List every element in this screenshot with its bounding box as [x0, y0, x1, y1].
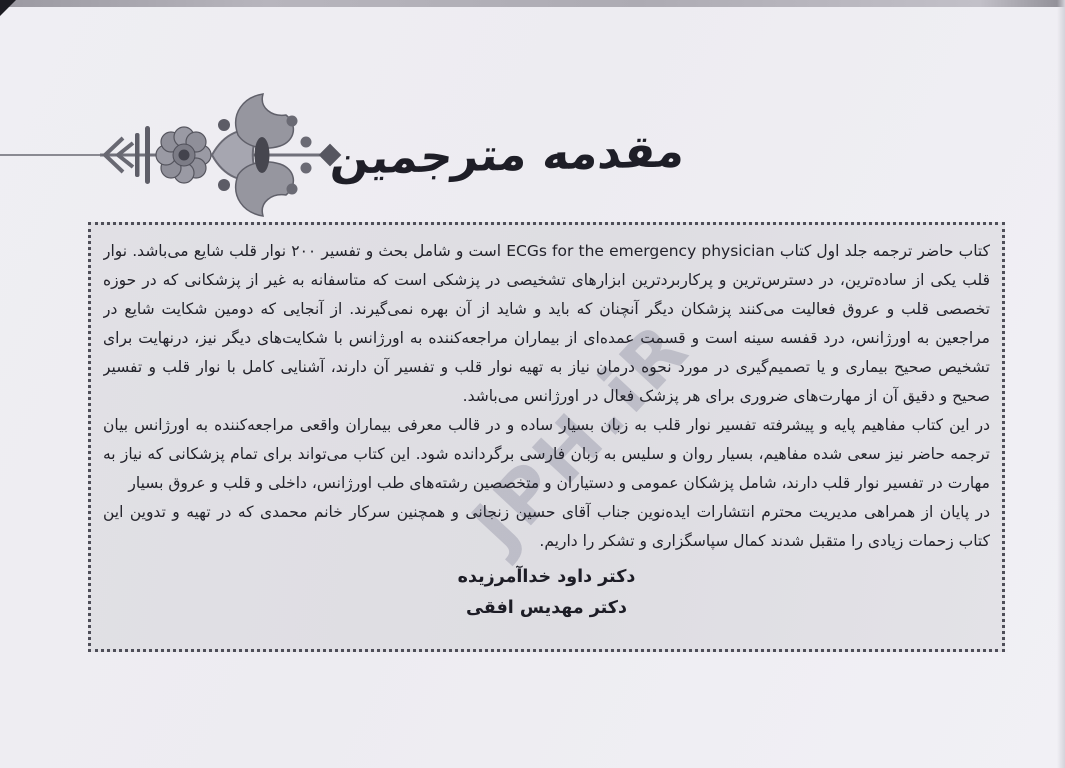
scanned-book-page: مقدمه مترجمین JPH.iR کتاب حاضر ترجمه جلد… [0, 0, 1065, 768]
scan-corner-artifact [0, 0, 16, 16]
preface-line: در این کتاب مفاهیم پایه و پیشرفته تفسیر … [103, 411, 990, 440]
floral-divider-icon [0, 85, 345, 225]
signature-name: دکتر مهدیس افقی [103, 593, 990, 624]
signature-block: دکتر داود خداآمرزیده دکتر مهدیس افقی [103, 562, 990, 624]
preface-line: صحیح و دقیق آن از مهارت‌های ضروری برای ه… [103, 382, 990, 411]
signature-name: دکتر داود خداآمرزیده [103, 562, 990, 593]
preface-line: مهارت در تفسیر نوار قلب دارند، شامل پزشک… [103, 469, 990, 498]
preface-line: قلب یکی از ساده‌ترین، در دسترس‌ترین و پر… [103, 266, 990, 295]
preface-line: مراجعین به اورژانس، درد قفسه سینه است و … [103, 324, 990, 353]
scan-top-edge [0, 0, 1065, 7]
preface-line: تخصصی قلب و عروق فعالیت می‌کنند پزشکان د… [103, 295, 990, 324]
preface-line: کتاب زحمات زیادی را متقبل شدند کمال سپاس… [103, 527, 990, 556]
preface-text: کتاب حاضر ترجمه جلد اول کتاب ECGs for th… [103, 237, 990, 624]
preface-line: ترجمه حاضر نیز سعی شده مفاهیم، بسیار روا… [103, 440, 990, 469]
page-title: مقدمه مترجمین [343, 101, 674, 208]
preface-line: در پایان از همراهی مدیریت محترم انتشارات… [103, 498, 990, 527]
preface-line: تشخیص صحیح بیماری و یا تصمیم‌گیری در مور… [103, 353, 990, 382]
preface-line: کتاب حاضر ترجمه جلد اول کتاب ECGs for th… [103, 237, 990, 266]
scan-right-edge [1057, 0, 1065, 768]
preface-box: JPH.iR کتاب حاضر ترجمه جلد اول کتاب ECGs… [88, 222, 1005, 652]
